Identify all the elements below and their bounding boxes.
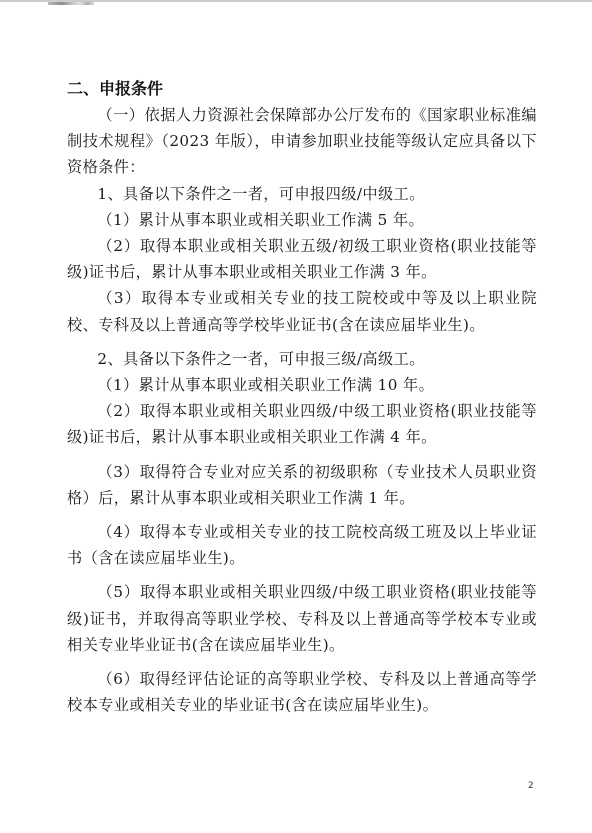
- paragraph-level3-cond-3: （3）取得符合专业对应关系的初级职称（专业技术人员职业资格）后，累计从事本职业或…: [67, 459, 537, 511]
- paragraph-level4-cond-2: （2）取得本职业或相关职业五级/初级工职业资格(职业技能等级)证书后，累计从事本…: [67, 233, 537, 285]
- section-heading: 二、申报条件: [67, 78, 537, 100]
- scan-artifact: [48, 2, 94, 5]
- paragraph-level3-cond-5: （5）取得本职业或相关职业四级/中级工职业资格(职业技能等级)证书，并取得高等职…: [67, 579, 537, 658]
- paragraph-level3-intro: 2、具备以下条件之一者，可申报三级/高级工。: [67, 346, 537, 372]
- document-page: 二、申报条件 （一）依据人力资源社会保障部办公厅发布的《国家职业标准编制技术规程…: [67, 78, 537, 718]
- paragraph-level3-cond-2: （2）取得本职业或相关职业四级/中级工职业资格(职业技能等级)证书后，累计从事本…: [67, 398, 537, 450]
- page-number: 2: [528, 781, 534, 791]
- paragraph-level3-cond-4: （4）取得本专业或相关专业的技工院校高级工班及以上毕业证书（含在读应届毕业生)。: [67, 519, 537, 571]
- paragraph-level4-intro: 1、具备以下条件之一者，可申报四级/中级工。: [67, 181, 537, 207]
- paragraph-level3-cond-6: （6）取得经评估论证的高等职业学校、专科及以上普通高等学校本专业或相关专业的毕业…: [67, 666, 537, 718]
- paragraph-level4-cond-1: （1）累计从事本职业或相关职业工作满 5 年。: [67, 207, 537, 233]
- paragraph-level3-cond-1: （1）累计从事本职业或相关职业工作满 10 年。: [67, 372, 537, 398]
- paragraph-basis: （一）依据人力资源社会保障部办公厅发布的《国家职业标准编制技术规程》（2023 …: [67, 102, 537, 181]
- paragraph-level4-cond-3: （3）取得本专业或相关专业的技工院校或中等及以上职业院校、专科及以上普通高等学校…: [67, 285, 537, 337]
